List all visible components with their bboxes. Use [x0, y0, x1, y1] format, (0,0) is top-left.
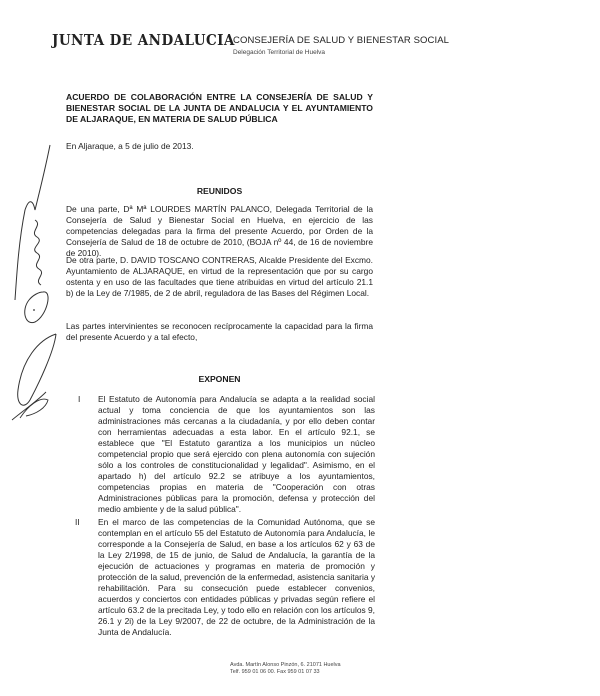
signature-2-icon: [8, 330, 63, 425]
footer-address: Avda. Martín Alonso Pinzón, 6. 21071 Hue…: [230, 662, 341, 669]
exponen-paragraph-2: En el marco de las competencias de la Co…: [98, 517, 375, 638]
exponen-paragraph-1: El Estatuto de Autonomía para Andalucía …: [98, 394, 375, 515]
place-date: En Aljaraque, a 5 de julio de 2013.: [66, 141, 194, 152]
party-1-paragraph: De una parte, Dª Mª LOURDES MARTÍN PALAN…: [66, 204, 373, 259]
signature-1-icon: [5, 140, 65, 330]
junta-logo: JUNTA DE ANDALUCIA: [52, 31, 235, 49]
footer-address-block: Avda. Martín Alonso Pinzón, 6. 21071 Hue…: [230, 662, 341, 676]
department-name: CONSEJERÍA DE SALUD Y BIENESTAR SOCIAL: [233, 35, 449, 46]
document-title: ACUERDO DE COLABORACIÓN ENTRE LA CONSEJE…: [66, 92, 373, 125]
party-2-paragraph: De otra parte, D. DAVID TOSCANO CONTRERA…: [66, 255, 373, 299]
exponen-numeral-2: II: [75, 517, 80, 527]
exponen-numeral-1: I: [78, 394, 80, 404]
delegation-name: Delegación Territorial de Huelva: [233, 49, 325, 56]
section-heading-exponen: EXPONEN: [66, 374, 373, 384]
section-heading-reunidos: REUNIDOS: [66, 186, 373, 196]
capacity-paragraph: Las partes intervinientes se reconocen r…: [66, 321, 373, 343]
footer-phone: Telf. 959 01 06 00. Fax 959 01 07 33: [230, 669, 341, 676]
